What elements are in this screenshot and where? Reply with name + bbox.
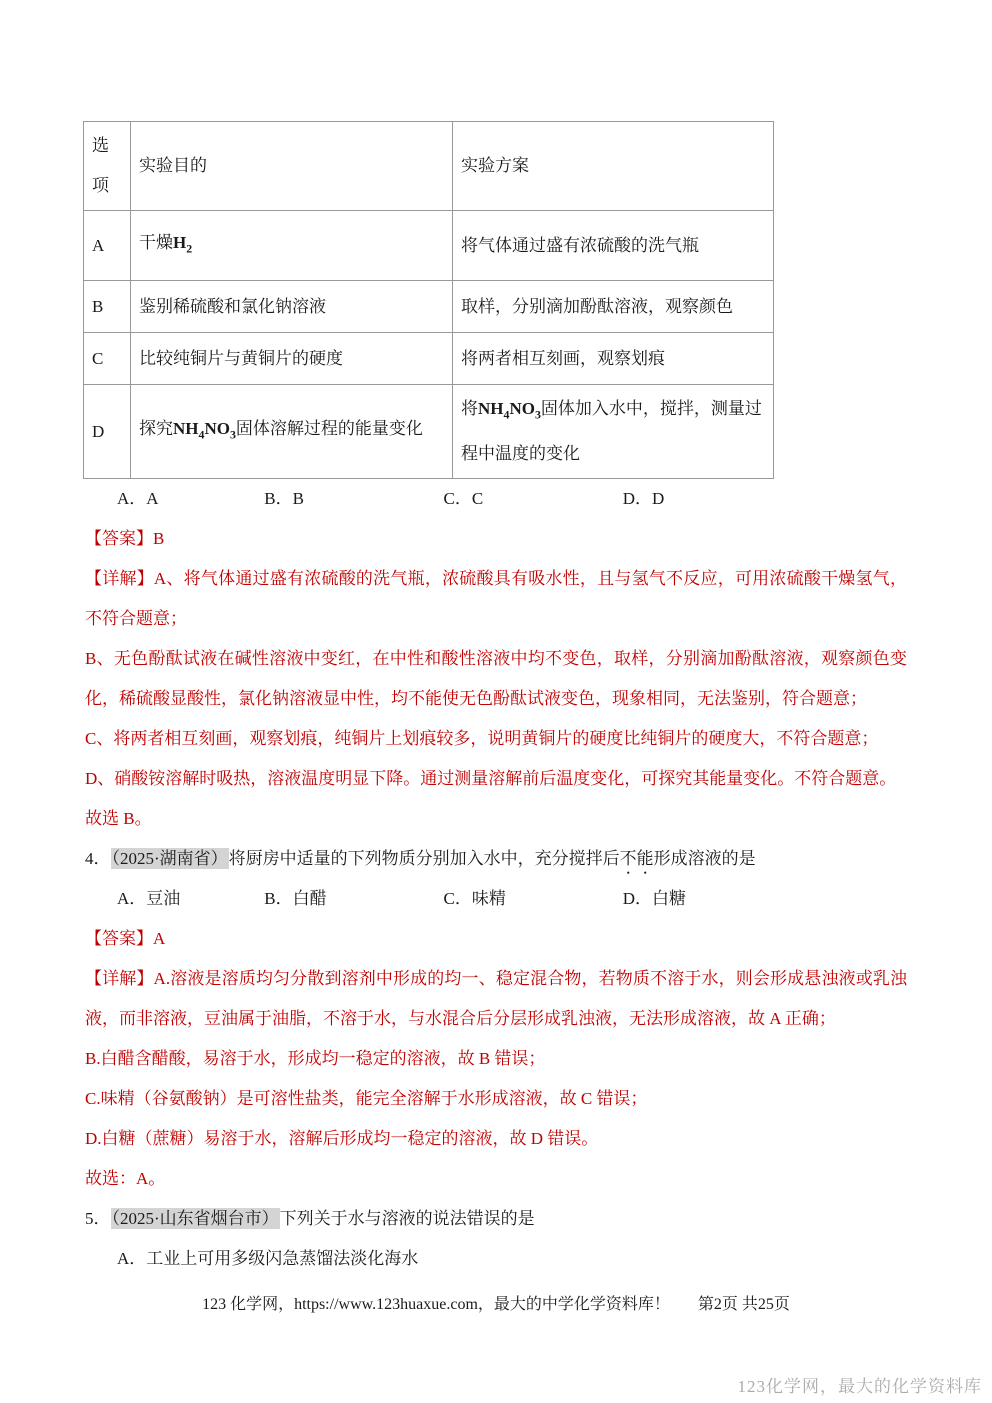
q4-analysis-paragraph-d: D.白糖（蔗糖）易溶于水，溶解后形成均一稳定的溶液，故 D 错误。 — [85, 1119, 907, 1159]
watermark: 123化学网，最大的化学资料库 — [738, 1372, 983, 1397]
q4-stem-text: 将厨房中适量的下列物质分别加入水中，充分搅拌后不能形成溶液的是 — [229, 849, 756, 868]
purpose-cell: 鉴别稀硫酸和氯化钠溶液 — [131, 281, 453, 333]
q4-choice-b: B．白醋 — [264, 879, 439, 919]
q4-choice-a: A．豆油 — [117, 879, 260, 919]
page-content: 选项 实验目的 实验方案 A 干燥H2 将气体通过盛有浓硫酸的洗气瓶 B 鉴别稀… — [85, 0, 907, 1279]
table-header-option: 选项 — [84, 122, 131, 211]
q4-stem: 4．（2025·湖南省）将厨房中适量的下列物质分别加入水中，充分搅拌后不能形成溶… — [85, 839, 907, 879]
plan-cell: 将气体通过盛有浓硫酸的洗气瓶 — [453, 211, 774, 281]
q3-choice-d: D．D — [623, 479, 665, 519]
q3-analysis-paragraph-a: 【详解】A、将气体通过盛有浓硫酸的洗气瓶，浓硫酸具有吸水性，且与氢气不反应，可用… — [85, 559, 907, 639]
q4-source-highlight: （2025·湖南省） — [111, 848, 229, 869]
option-cell: D — [84, 385, 131, 479]
q3-choice-c: C．C — [444, 479, 619, 519]
plan-cell: 将两者相互刻画，观察划痕 — [453, 333, 774, 385]
q3-choices-row: A．A B．B C．C D．D — [85, 479, 907, 519]
footer-site-info: 123 化学网，https://www.123huaxue.com，最大的中学化… — [202, 1296, 670, 1313]
q3-analysis-paragraph-b: B、无色酚酞试液在碱性溶液中变红，在中性和酸性溶液中均不变色，取样，分别滴加酚酞… — [85, 639, 907, 719]
purpose-cell: 比较纯铜片与黄铜片的硬度 — [131, 333, 453, 385]
q3-choice-a: A．A — [117, 479, 260, 519]
q3-analysis-paragraph-d: D、硝酸铵溶解时吸热，溶液温度明显下降。通过测量溶解前后温度变化，可探究其能量变… — [85, 759, 907, 799]
q5-option-a: A．工业上可用多级闪急蒸馏法淡化海水 — [85, 1239, 907, 1279]
page-footer: 123 化学网，https://www.123huaxue.com，最大的中学化… — [0, 1293, 992, 1317]
q3-choice-b: B．B — [264, 479, 439, 519]
q3-answer: 【答案】B — [85, 519, 907, 559]
q4-choice-c: C．味精 — [444, 879, 619, 919]
purpose-cell: 干燥H2 — [131, 211, 453, 281]
q4-answer: 【答案】A — [85, 919, 907, 959]
q5-stem: 5．（2025·山东省烟台市）下列关于水与溶液的说法错误的是 — [85, 1199, 907, 1239]
option-cell: B — [84, 281, 131, 333]
q5-number: 5． — [85, 1209, 111, 1228]
q3-conclusion: 故选 B。 — [85, 799, 907, 839]
plan-cell: 将NH4NO3固体加入水中，搅拌，测量过程中温度的变化 — [453, 385, 774, 479]
q4-choice-d: D．白糖 — [623, 879, 686, 919]
table-header-purpose: 实验目的 — [131, 122, 453, 211]
option-cell: A — [84, 211, 131, 281]
table-row: D 探究NH4NO3固体溶解过程的能量变化 将NH4NO3固体加入水中，搅拌，测… — [84, 385, 774, 479]
q4-number: 4． — [85, 849, 111, 868]
table-header-plan: 实验方案 — [453, 122, 774, 211]
plan-cell: 取样，分别滴加酚酞溶液，观察颜色 — [453, 281, 774, 333]
q5-source-highlight: （2025·山东省烟台市） — [111, 1208, 280, 1229]
purpose-cell: 探究NH4NO3固体溶解过程的能量变化 — [131, 385, 453, 479]
q4-conclusion: 故选：A。 — [85, 1159, 907, 1199]
table-row: C 比较纯铜片与黄铜片的硬度 将两者相互刻画，观察划痕 — [84, 333, 774, 385]
experiment-table: 选项 实验目的 实验方案 A 干燥H2 将气体通过盛有浓硫酸的洗气瓶 B 鉴别稀… — [83, 121, 774, 479]
table-header-row: 选项 实验目的 实验方案 — [84, 122, 774, 211]
q3-analysis-paragraph-c: C、将两者相互刻画，观察划痕，纯铜片上划痕较多，说明黄铜片的硬度比纯铜片的硬度大… — [85, 719, 907, 759]
q4-analysis-paragraph-c: C.味精（谷氨酸钠）是可溶性盐类，能完全溶解于水形成溶液，故 C 错误； — [85, 1079, 907, 1119]
q4-choices-row: A．豆油 B．白醋 C．味精 D．白糖 — [85, 879, 907, 919]
table-row: B 鉴别稀硫酸和氯化钠溶液 取样，分别滴加酚酞溶液，观察颜色 — [84, 281, 774, 333]
table-row: A 干燥H2 将气体通过盛有浓硫酸的洗气瓶 — [84, 211, 774, 281]
q4-analysis-paragraph-b: B.白醋含醋酸，易溶于水，形成均一稳定的溶液，故 B 错误； — [85, 1039, 907, 1079]
q5-stem-text: 下列关于水与溶液的说法错误的是 — [280, 1209, 535, 1228]
q4-analysis-paragraph-a: 【详解】A.溶液是溶质均匀分散到溶剂中形成的均一、稳定混合物，若物质不溶于水，则… — [85, 959, 907, 1039]
footer-page-number: 第2页 共25页 — [698, 1296, 790, 1313]
option-cell: C — [84, 333, 131, 385]
